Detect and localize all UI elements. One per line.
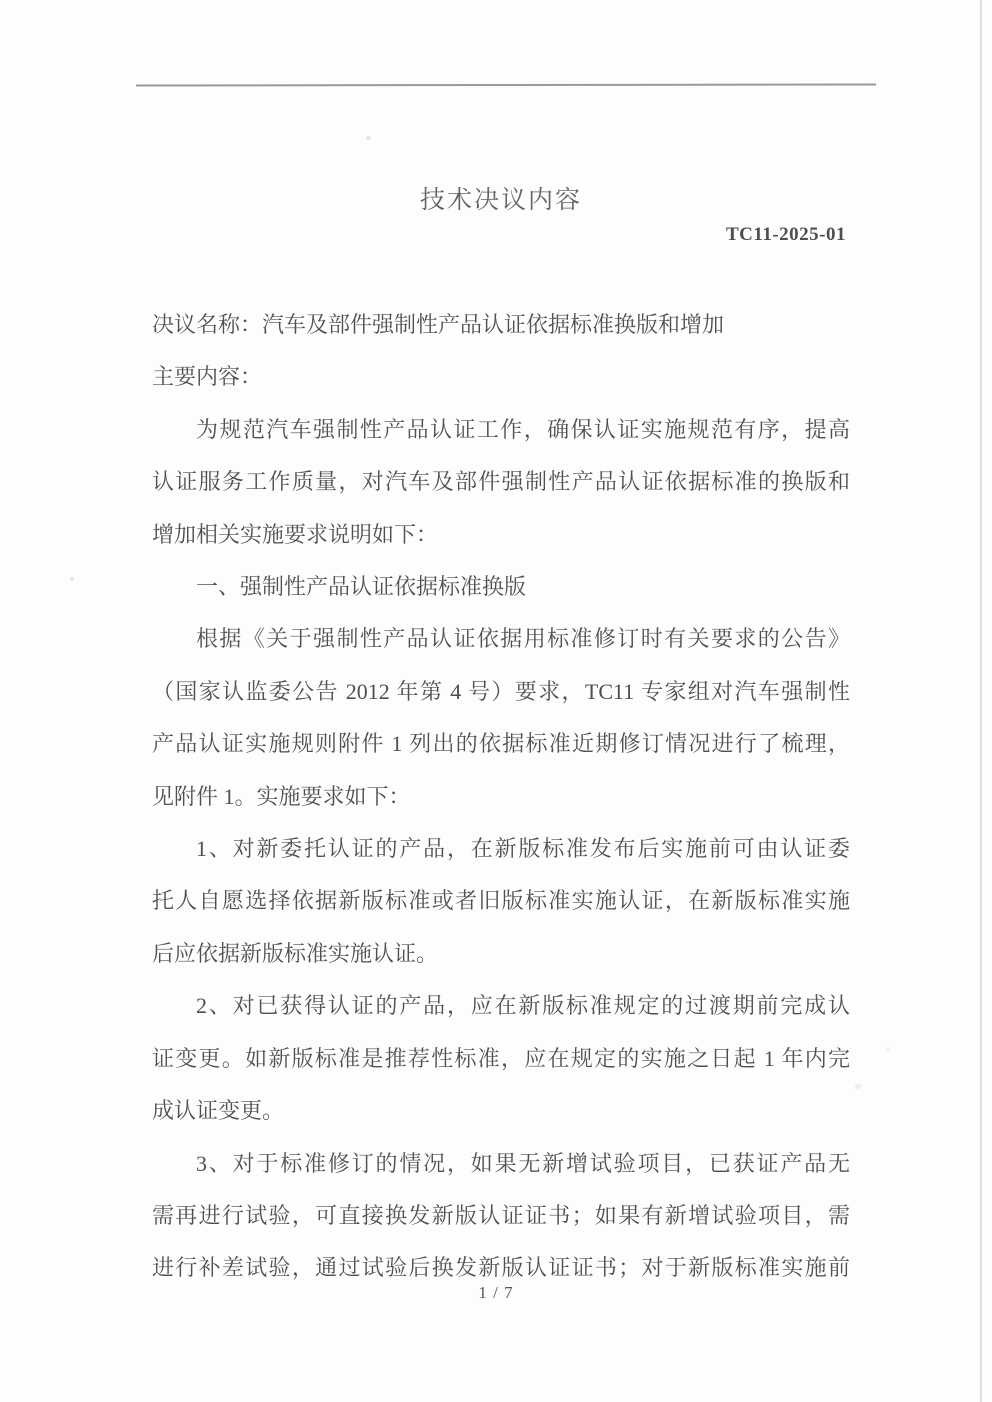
doc-line: 后应依据新版标准实施认证。 [152,928,850,980]
page-number: 1 / 7 [0,1283,992,1303]
doc-line: 增加相关实施要求说明如下： [152,509,850,561]
doc-line: 见附件 1。实施要求如下： [152,771,850,823]
document-body: 决议名称：汽车及部件强制性产品认证依据标准换版和增加 主要内容： 为规范汽车强制… [152,299,850,1295]
document-code: TC11-2025-01 [152,224,846,246]
scan-artifact [886,1047,890,1051]
doc-line: 产品认证实施规则附件 1 列出的依据标准近期修订情况进行了梳理， [152,718,850,770]
doc-line: 需再进行试验，可直接换发新版认证证书；如果有新增试验项目，需 [152,1190,850,1242]
doc-line: 成认证变更。 [152,1085,850,1137]
doc-line: 认证服务工作质量，对汽车及部件强制性产品认证依据标准的换版和 [152,456,850,508]
doc-line: 证变更。如新版标准是推荐性标准，应在规定的实施之日起 1 年内完 [152,1033,850,1085]
main-content-label: 主要内容： [152,351,850,403]
scan-edge-shadow [980,0,982,1402]
header-rule [136,83,876,86]
section-1-heading: 一、强制性产品认证依据标准换版 [152,561,850,613]
page-title: 技术决议内容 [152,180,850,216]
scan-artifact [366,136,371,140]
item-1-line: 1、对新委托认证的产品，在新版标准发布后实施前可由认证委 [152,823,850,875]
item-2-line: 2、对已获得认证的产品，应在新版标准规定的过渡期前完成认 [152,980,850,1032]
document-page: 技术决议内容 TC11-2025-01 决议名称：汽车及部件强制性产品认证依据标… [0,0,992,1402]
doc-line: 根据《关于强制性产品认证依据用标准修订时有关要求的公告》 [152,613,850,665]
scan-artifact [70,577,74,581]
doc-line: （国家认监委公告 2012 年第 4 号）要求，TC11 专家组对汽车强制性 [152,666,850,718]
item-3-line: 3、对于标准修订的情况，如果无新增试验项目，已获证产品无 [152,1138,850,1190]
doc-line: 托人自愿选择依据新版标准或者旧版标准实施认证，在新版标准实施 [152,875,850,927]
doc-line: 为规范汽车强制性产品认证工作，确保认证实施规范有序，提高 [152,404,850,456]
scan-artifact [855,1084,861,1089]
resolution-name-line: 决议名称：汽车及部件强制性产品认证依据标准换版和增加 [152,299,850,351]
